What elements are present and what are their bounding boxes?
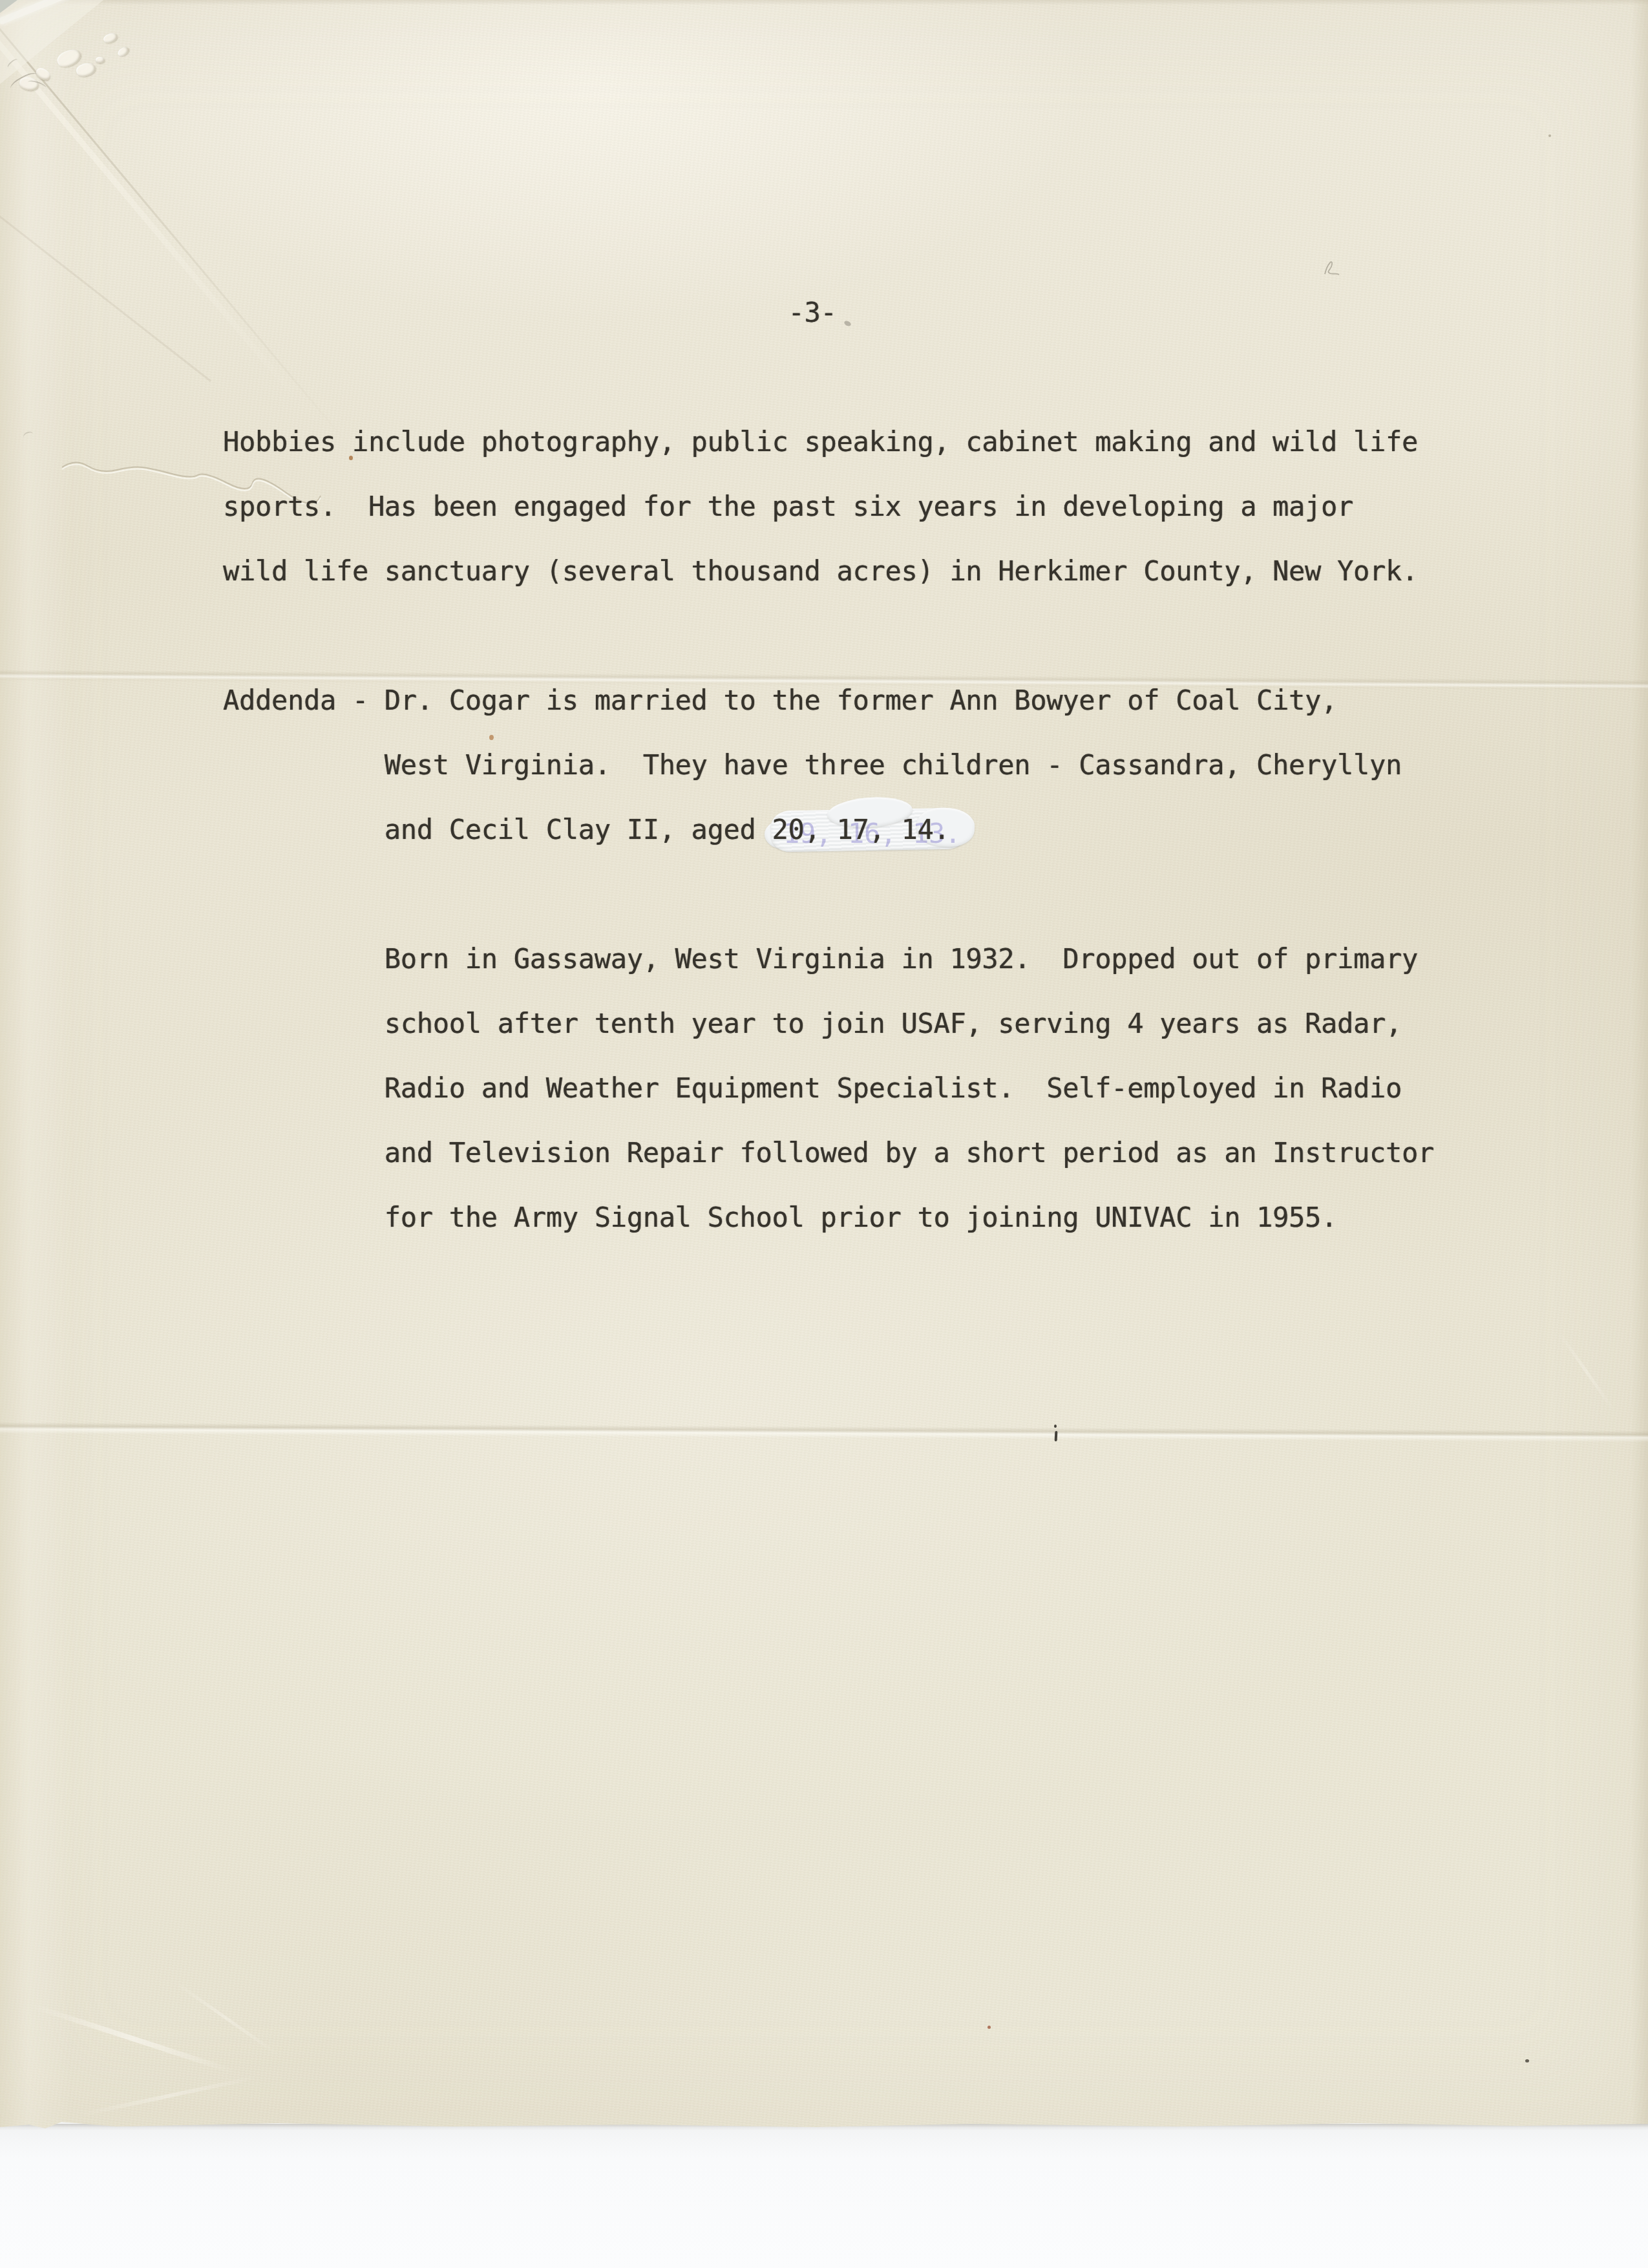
paper-sheet: 19, 16, 13. -3-Hobbies include photograp… <box>0 0 1648 2130</box>
scanner-backing <box>0 2121 1648 2268</box>
scan-vignette <box>0 0 1648 2130</box>
document-scan: 19, 16, 13. -3-Hobbies include photograp… <box>0 0 1648 2268</box>
